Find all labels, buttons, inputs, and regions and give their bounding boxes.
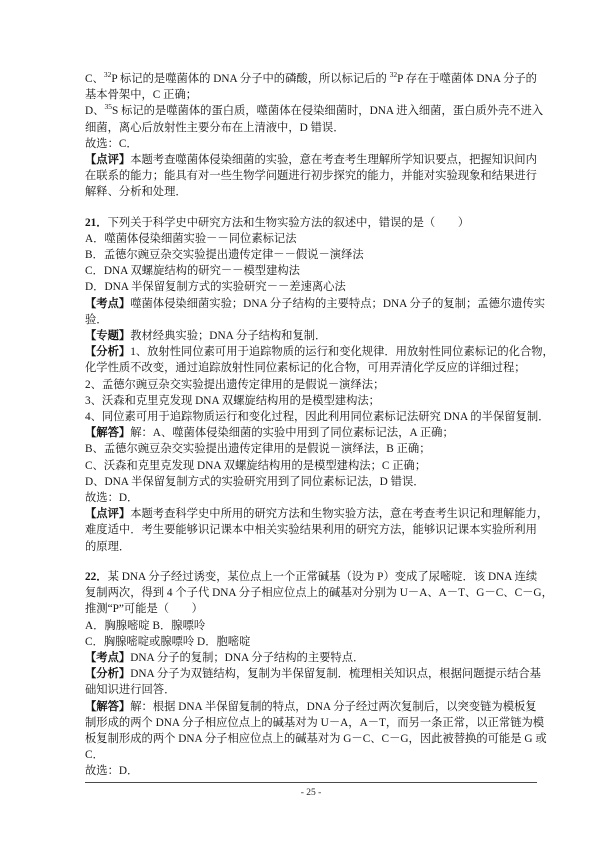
- q21-stem: 21．下列关于科学史中研究方法和生物实验方法的叙述中，错误的是（ ）: [85, 215, 537, 231]
- q20-comment-line1: 【点评】本题考查噬菌体侵染细菌的实验，意在考查考生理解所学知识要点，把握知识间内: [85, 152, 537, 168]
- q20-option-d-line2: 细菌，离心后放射性主要分布在上清液中，D 错误．: [85, 120, 537, 136]
- q21-jieda-line1: 【解答】解：A、噬菌体侵染细菌的实验中用到了同位素标记法，A 正确；: [85, 425, 537, 441]
- q22-stem-line3: 推测“P”可能是（ ）: [85, 601, 537, 617]
- q21-option-c: C．DNA 双螺旋结构的研究－－模型建构法: [85, 263, 537, 279]
- q21-option-b: B．孟德尔豌豆杂交实验提出遗传定律－－假说－演绎法: [85, 247, 537, 263]
- q21-option-d: D．DNA 半保留复制方式的实验研究－－差速离心法: [85, 279, 537, 295]
- q22-verdict: 故选：D．: [85, 763, 537, 779]
- q20-option-c-line1: C、32P 标记的是噬菌体的 DNA 分子中的磷酸，所以标记后的 32P 存在于…: [85, 71, 537, 87]
- q21-jieda-line4: D、DNA 半保留复制方式的实验研究用到了同位素标记法，D 错误．: [85, 474, 537, 490]
- q21-zhuanti-line: 【专题】教材经典实验；DNA 分子结构和复制．: [85, 328, 537, 344]
- q20-verdict: 故选：C．: [85, 136, 537, 152]
- q20-option-d-line1: D、35S 标记的是噬菌体的蛋白质，噬菌体在侵染细菌时，DNA 进入细菌，蛋白质…: [85, 103, 537, 119]
- q21-fenxi-line2: 化学性质不改变，通过追踪放射性同位素标记的化合物，可用弄清化学反应的详细过程；: [85, 360, 537, 376]
- q21-dianping-line1: 【点评】本题考查科学史中所用的研究方法和生物实验方法，意在考查考生识记和理解能力…: [85, 506, 537, 522]
- q21-fenxi-line4: 3、沃森和克里克发现 DNA 双螺旋结构用的是模型建构法；: [85, 393, 537, 409]
- q22-fenxi-line1: 【分析】DNA 分子为双链结构，复制为半保留复制．梳理相关知识点，根据问题提示结…: [85, 666, 537, 682]
- q21-dianping-line3: 的原理．: [85, 539, 537, 555]
- q21-fenxi-line3: 2、孟德尔豌豆杂交实验提出遗传定律用的是假说－演绎法；: [85, 377, 537, 393]
- q20-option-c-line2: 基本骨架中，C 正确；: [85, 87, 537, 103]
- kaodian-label: 【考点】: [85, 652, 130, 664]
- q21-kaodian-line2: 验．: [85, 312, 537, 328]
- fenxi-label: 【分析】: [85, 668, 130, 680]
- document-content: C、32P 标记的是噬菌体的 DNA 分子中的磷酸，所以标记后的 32P 存在于…: [85, 71, 537, 780]
- comment-label: 【点评】: [85, 154, 130, 166]
- q22-jieda-line4: C．: [85, 747, 537, 763]
- q20-analysis-block: C、32P 标记的是噬菌体的 DNA 分子中的磷酸，所以标记后的 32P 存在于…: [85, 71, 537, 201]
- dianping-label: 【点评】: [85, 508, 130, 520]
- q22-kaodian-line: 【考点】DNA 分子的复制；DNA 分子结构的主要特点．: [85, 650, 537, 666]
- q22-fenxi-line2: 础知识进行回答．: [85, 682, 537, 698]
- q21-fenxi-line1: 【分析】1、放射性同位素可用于追踪物质的运行和变化规律．用放射性同位素标记的化合…: [85, 344, 537, 360]
- q22-jieda-line2: 制形成的两个 DNA 分子相应位点上的碱基对为 U－A，A－T，而另一条正常，以…: [85, 715, 537, 731]
- jieda-label: 【解答】: [85, 701, 130, 713]
- q22-jieda-line3: 板复制形成的两个 DNA 分子相应位点上的碱基对为 G－C、C－G，因此被替换的…: [85, 731, 537, 747]
- q22-jieda-line1: 【解答】解：根据 DNA 半保留复制的特点，DNA 分子经过两次复制后，以突变链…: [85, 699, 537, 715]
- q21-jieda-line2: B、孟德尔豌豆杂交实验提出遗传定律用的是假说－演绎法，B 正确；: [85, 441, 537, 457]
- q21-jieda-line3: C、沃森和克里克发现 DNA 双螺旋结构用的是模型建构法；C 正确；: [85, 458, 537, 474]
- superscript-35: 35: [104, 103, 112, 112]
- q21-kaodian-line1: 【考点】噬菌体侵染细菌实验；DNA 分子结构的主要特点；DNA 分子的复制；孟德…: [85, 296, 537, 312]
- q22-options-ab: A．胸腺嘧啶 B．腺嘌呤: [85, 618, 537, 634]
- zhuanti-label: 【专题】: [85, 330, 130, 342]
- q22-stem-line2: 复制两次，得到 4 个子代 DNA 分子相应位点上的碱基对分别为 U－A、A－T…: [85, 585, 537, 601]
- q21-dianping-line2: 难度适中．考生要能够识记课本中相关实验结果利用的研究方法，能够识记课本实验所利用: [85, 522, 537, 538]
- q21-number: 21．: [85, 217, 108, 229]
- q21-option-a: A．噬菌体侵染细菌实验－－同位素标记法: [85, 231, 537, 247]
- q21-verdict: 故选：D．: [85, 490, 537, 506]
- jieda-label: 【解答】: [85, 427, 130, 439]
- q22-number: 22．: [85, 571, 108, 583]
- page-number: - 25 -: [301, 788, 322, 798]
- q22-options-cd: C．胸腺嘧啶或腺嘌呤 D．胞嘧啶: [85, 634, 537, 650]
- question-22-block: 22．某 DNA 分子经过诱变，某位点上一个正常碱基（设为 P）变成了尿嘧啶．该…: [85, 569, 537, 780]
- q20-comment-line3: 解释、分析和处理．: [85, 184, 537, 200]
- page-footer: - 25 -: [85, 782, 537, 798]
- kaodian-label: 【考点】: [85, 298, 130, 310]
- superscript-32: 32: [390, 70, 398, 79]
- document-page: C、32P 标记的是噬菌体的 DNA 分子中的磷酸，所以标记后的 32P 存在于…: [0, 0, 600, 848]
- q20-comment-line2: 在联系的能力；能具有对一些生物学问题进行初步探究的能力，并能对实验现象和结果进行: [85, 168, 537, 184]
- q22-stem-line1: 22．某 DNA 分子经过诱变，某位点上一个正常碱基（设为 P）变成了尿嘧啶．该…: [85, 569, 537, 585]
- q21-fenxi-line5: 4、同位素可用于追踪物质运行和变化过程，因此利用同位素标记法研究 DNA 的半保…: [85, 409, 537, 425]
- question-21-block: 21．下列关于科学史中研究方法和生物实验方法的叙述中，错误的是（ ） A．噬菌体…: [85, 215, 537, 555]
- fenxi-label: 【分析】: [85, 346, 130, 358]
